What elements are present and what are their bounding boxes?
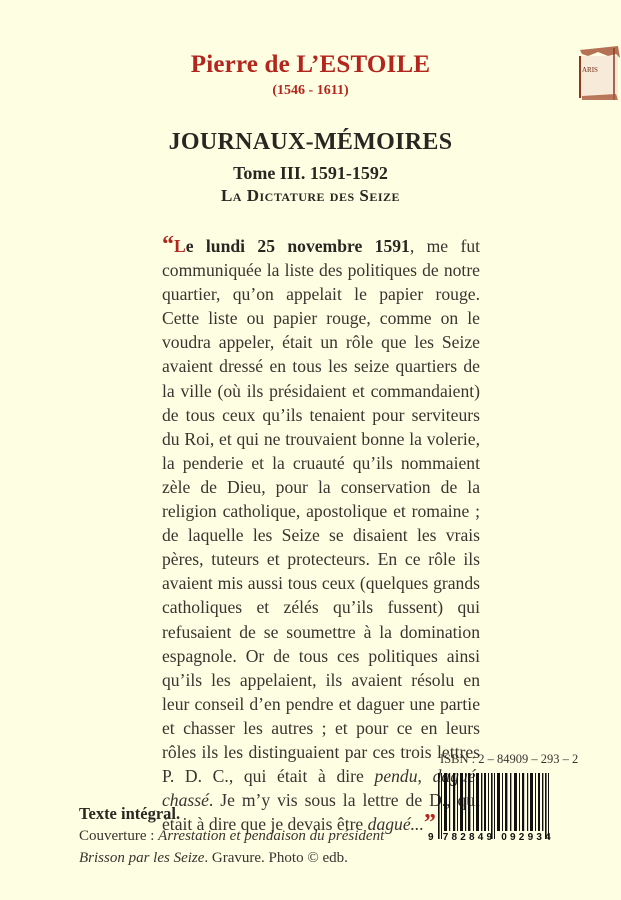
barcode-digits: 9 782849 092934 <box>428 832 574 843</box>
engraving-thumbnail: ARIS <box>578 44 621 104</box>
full-text-note: Texte intégral. <box>79 804 180 824</box>
open-quote-mark: “ <box>162 232 174 258</box>
author-name: Pierre de L’ESTOILE <box>0 51 621 79</box>
cover-credit: Couverture : Arrestation et pendaison du… <box>79 825 399 869</box>
cover-credit-rest: . Gravure. Photo © edb. <box>204 850 347 866</box>
quote-lead: Le lundi 25 novembre 1591 <box>174 236 410 256</box>
volume-label: Tome III. 1591-1592 <box>0 163 621 184</box>
quote-lead-cap: L <box>174 236 186 256</box>
quote-body-1: , me fut communiquée la liste des politi… <box>162 236 480 786</box>
quote-block: “Le lundi 25 novembre 1591, me fut commu… <box>162 234 480 836</box>
author-dates: (1546 - 1611) <box>0 83 621 99</box>
engraving-label: ARIS <box>582 66 598 74</box>
cover-credit-label: Couverture : <box>79 828 158 844</box>
quote-italic-pendu: pendu <box>375 766 418 786</box>
quote-lead-text: e lundi 25 novembre 1591 <box>186 236 410 256</box>
isbn-label: ISBN : 2 – 84909 – 293 – 2 <box>440 752 578 767</box>
volume-subtitle: La Dictature des Seize <box>0 186 621 206</box>
book-title: JOURNAUX-MÉMOIRES <box>0 129 621 156</box>
